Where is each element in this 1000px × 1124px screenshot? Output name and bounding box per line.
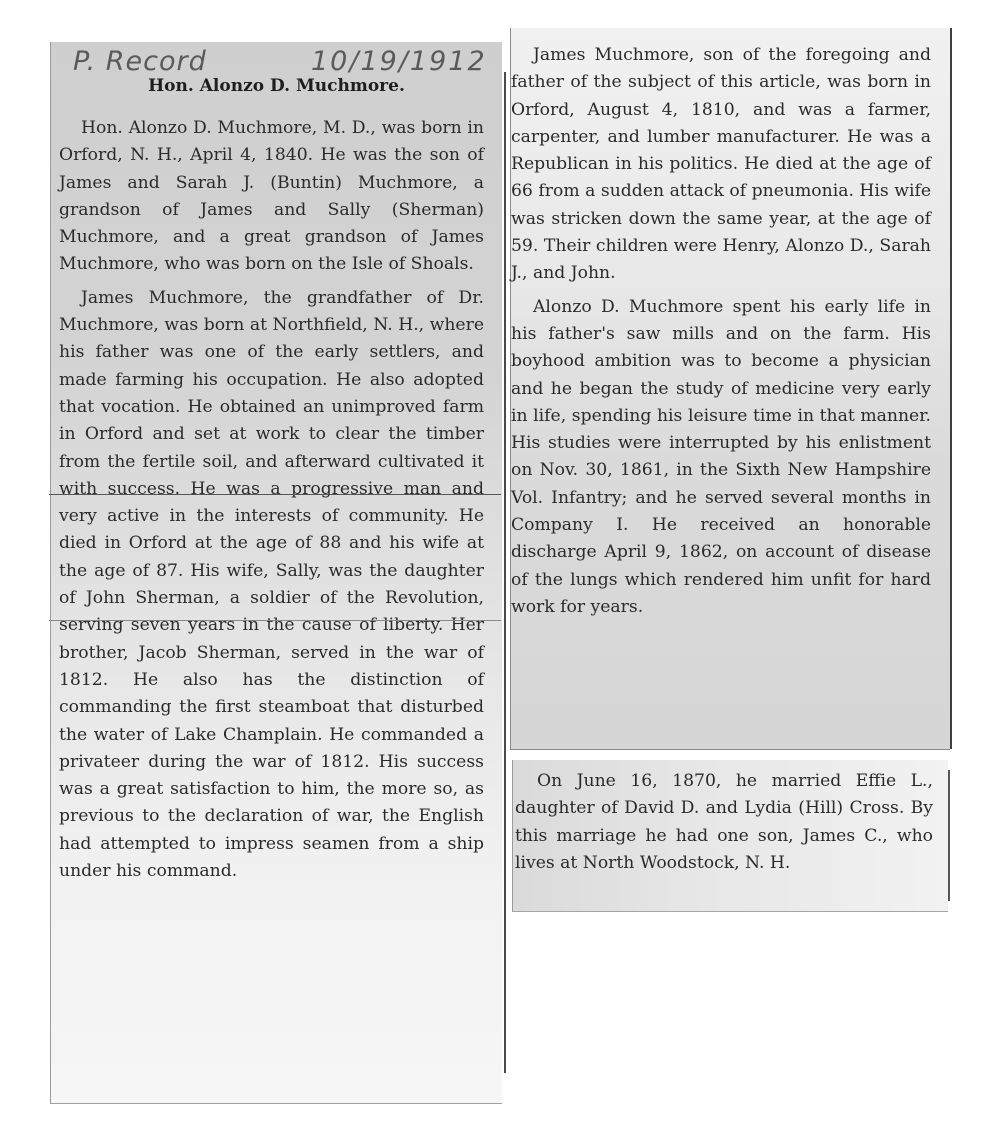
right-column-lower-clipping: On June 16, 1870, he married Effie L., d… — [512, 760, 948, 912]
scan-line — [49, 620, 501, 621]
handwritten-source: P. Record — [73, 46, 207, 77]
left-column-text: Hon. Alonzo D. Muchmore, M. D., was born… — [59, 115, 484, 891]
right-column-lower-text: On June 16, 1870, he married Effie L., d… — [515, 768, 933, 883]
right-column-upper-text: James Muchmore, son of the foregoing and… — [511, 42, 931, 627]
article-headline: Hon. Alonzo D. Muchmore. — [51, 76, 502, 96]
left-column-clipping: P. Record 10/19/1912 Hon. Alonzo D. Much… — [50, 42, 502, 1104]
paragraph-birth: Hon. Alonzo D. Muchmore, M. D., was born… — [59, 115, 484, 279]
scan-line — [49, 494, 501, 495]
paragraph-father: James Muchmore, son of the foregoing and… — [511, 42, 931, 288]
newspaper-clipping-page: P. Record 10/19/1912 Hon. Alonzo D. Much… — [0, 0, 1000, 1124]
handwritten-date: 10/19/1912 — [311, 46, 487, 77]
paragraph-marriage: On June 16, 1870, he married Effie L., d… — [515, 768, 933, 877]
paragraph-grandfather: James Muchmore, the grandfather of Dr. M… — [59, 285, 484, 886]
paragraph-early-life: Alonzo D. Muchmore spent his early life … — [511, 294, 931, 622]
right-column-upper-clipping: James Muchmore, son of the foregoing and… — [510, 28, 950, 750]
